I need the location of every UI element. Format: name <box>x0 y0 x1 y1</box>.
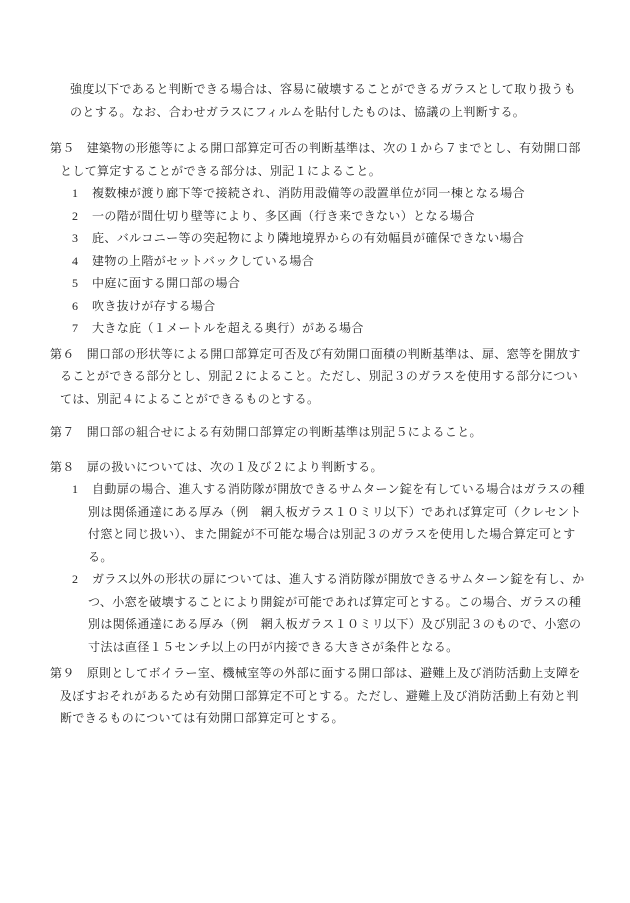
article-8-text: 扉の扱いについては、次の１及び２により判断する。 <box>87 460 383 474</box>
article-5: 第５建築物の形態等による開口部算定可否の判断基準は、次の１から７までとし、有効開… <box>50 137 585 340</box>
list-item: 3庇、バルコニー等の突起物により隣地境界からの有効幅員が確保できない場合 <box>72 227 585 250</box>
article-5-text: 建築物の形態等による開口部算定可否の判断基準は、次の１から７までとし、有効開口部… <box>60 141 581 178</box>
article-5-items: 1複数棟が渡り廊下等で接続され、消防用設備等の設置単位が同一棟となる場合 2一の… <box>50 182 585 340</box>
item-number: 2 <box>72 568 92 591</box>
article-6-heading: 第６開口部の形状等による開口部算定可否及び有効開口面積の判断基準は、扉、窓等を開… <box>50 343 585 411</box>
article-9: 第９原則としてボイラー室、機械室等の外部に面する開口部は、避難上及び消防活動上支… <box>50 662 585 730</box>
list-item: 1自動扉の場合、進入する消防隊が開放できるサムターン錠を有している場合はガラスの… <box>72 478 585 568</box>
article-5-number: 第５ <box>50 141 75 155</box>
item-text: 大きな庇（１メートルを超える奥行）がある場合 <box>92 321 364 335</box>
article-9-text: 原則としてボイラー室、機械室等の外部に面する開口部は、避難上及び消防活動上支障を… <box>60 666 581 725</box>
item-number: 3 <box>72 227 92 250</box>
document-page: 強度以下であると判断できる場合は、容易に破壊することができるガラスとして取り扱う… <box>0 0 630 903</box>
article-6: 第６開口部の形状等による開口部算定可否及び有効開口面積の判断基準は、扉、窓等を開… <box>50 343 585 411</box>
item-number: 7 <box>72 317 92 340</box>
item-number: 6 <box>72 295 92 318</box>
list-item: 5中庭に面する開口部の場合 <box>72 272 585 295</box>
item-text: 吹き抜けが存する場合 <box>92 299 216 313</box>
article-6-number: 第６ <box>50 347 75 361</box>
item-text: 自動扉の場合、進入する消防隊が開放できるサムターン錠を有している場合はガラスの種… <box>88 482 585 564</box>
article-7-text: 開口部の組合せによる有効開口部算定の判断基準は別記５によること。 <box>87 425 482 439</box>
article-8-heading: 第８扉の扱いについては、次の１及び２により判断する。 <box>50 456 585 479</box>
article-9-heading: 第９原則としてボイラー室、機械室等の外部に面する開口部は、避難上及び消防活動上支… <box>50 662 585 730</box>
list-item: 6吹き抜けが存する場合 <box>72 295 585 318</box>
item-number: 4 <box>72 250 92 273</box>
list-item: 7大きな庇（１メートルを超える奥行）がある場合 <box>72 317 585 340</box>
item-number: 1 <box>72 478 92 501</box>
article-7-heading: 第７開口部の組合せによる有効開口部算定の判断基準は別記５によること。 <box>50 421 585 444</box>
item-text: 一の階が間仕切り壁等により、多区画（行き来できない）となる場合 <box>92 209 475 223</box>
article-8: 第８扉の扱いについては、次の１及び２により判断する。 1自動扉の場合、進入する消… <box>50 456 585 659</box>
article-9-number: 第９ <box>50 666 75 680</box>
item-text: 庇、バルコニー等の突起物により隣地境界からの有効幅員が確保できない場合 <box>92 231 524 245</box>
article-7: 第７開口部の組合せによる有効開口部算定の判断基準は別記５によること。 <box>50 421 585 444</box>
item-text: 建物の上階がセットバックしている場合 <box>92 254 314 268</box>
document-content: 強度以下であると判断できる場合は、容易に破壊することができるガラスとして取り扱う… <box>50 0 585 730</box>
item-number: 1 <box>72 182 92 205</box>
item-text: ガラス以外の形状の扉については、進入する消防隊が開放できるサムターン錠を有し、か… <box>88 572 585 654</box>
item-number: 5 <box>72 272 92 295</box>
article-8-items: 1自動扉の場合、進入する消防隊が開放できるサムターン錠を有している場合はガラスの… <box>50 478 585 658</box>
list-item: 2一の階が間仕切り壁等により、多区画（行き来できない）となる場合 <box>72 205 585 228</box>
continuation-paragraph: 強度以下であると判断できる場合は、容易に破壊することができるガラスとして取り扱う… <box>70 78 585 123</box>
list-item: 1複数棟が渡り廊下等で接続され、消防用設備等の設置単位が同一棟となる場合 <box>72 182 585 205</box>
article-6-text: 開口部の形状等による開口部算定可否及び有効開口面積の判断基準は、扉、窓等を開放す… <box>60 347 581 406</box>
article-5-heading: 第５建築物の形態等による開口部算定可否の判断基準は、次の１から７までとし、有効開… <box>50 137 585 182</box>
list-item: 2ガラス以外の形状の扉については、進入する消防隊が開放できるサムターン錠を有し、… <box>72 568 585 658</box>
list-item: 4建物の上階がセットバックしている場合 <box>72 250 585 273</box>
item-text: 複数棟が渡り廊下等で接続され、消防用設備等の設置単位が同一棟となる場合 <box>92 186 525 200</box>
item-text: 中庭に面する開口部の場合 <box>92 276 240 290</box>
item-number: 2 <box>72 205 92 228</box>
article-7-number: 第７ <box>50 425 75 439</box>
article-8-number: 第８ <box>50 460 75 474</box>
